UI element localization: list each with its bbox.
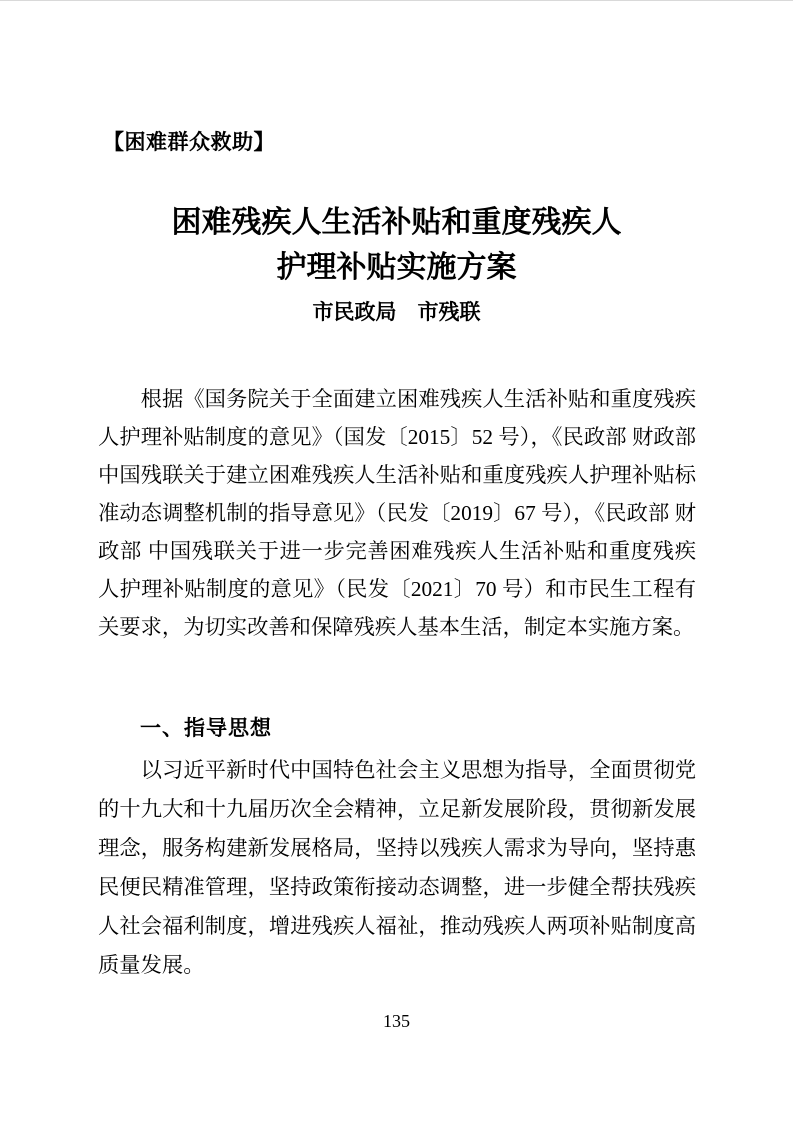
page-number: 135 [0, 1008, 793, 1034]
paragraph-intro: 根据《国务院关于全面建立困难残疾人生活补贴和重度残疾人护理补贴制度的意见》（国发… [98, 380, 696, 646]
page-top-edge [0, 0, 793, 1]
section-heading-1: 一、指导思想 [98, 710, 738, 748]
document-title: 困难残疾人生活补贴和重度残疾人 护理补贴实施方案 [0, 200, 793, 290]
document-title-line-2: 护理补贴实施方案 [277, 251, 517, 284]
byline-issuing-agencies: 市民政局 市残联 [0, 297, 793, 327]
category-label: 【困难群众救助】 [103, 128, 275, 158]
document-page: 【困难群众救助】 困难残疾人生活补贴和重度残疾人 护理补贴实施方案 市民政局 市… [0, 0, 793, 1122]
paragraph-section-1: 以习近平新时代中国特色社会主义思想为指导，全面贯彻党的十九大和十九届历次全会精神… [98, 751, 696, 985]
document-title-line-1: 困难残疾人生活补贴和重度残疾人 [172, 206, 622, 239]
